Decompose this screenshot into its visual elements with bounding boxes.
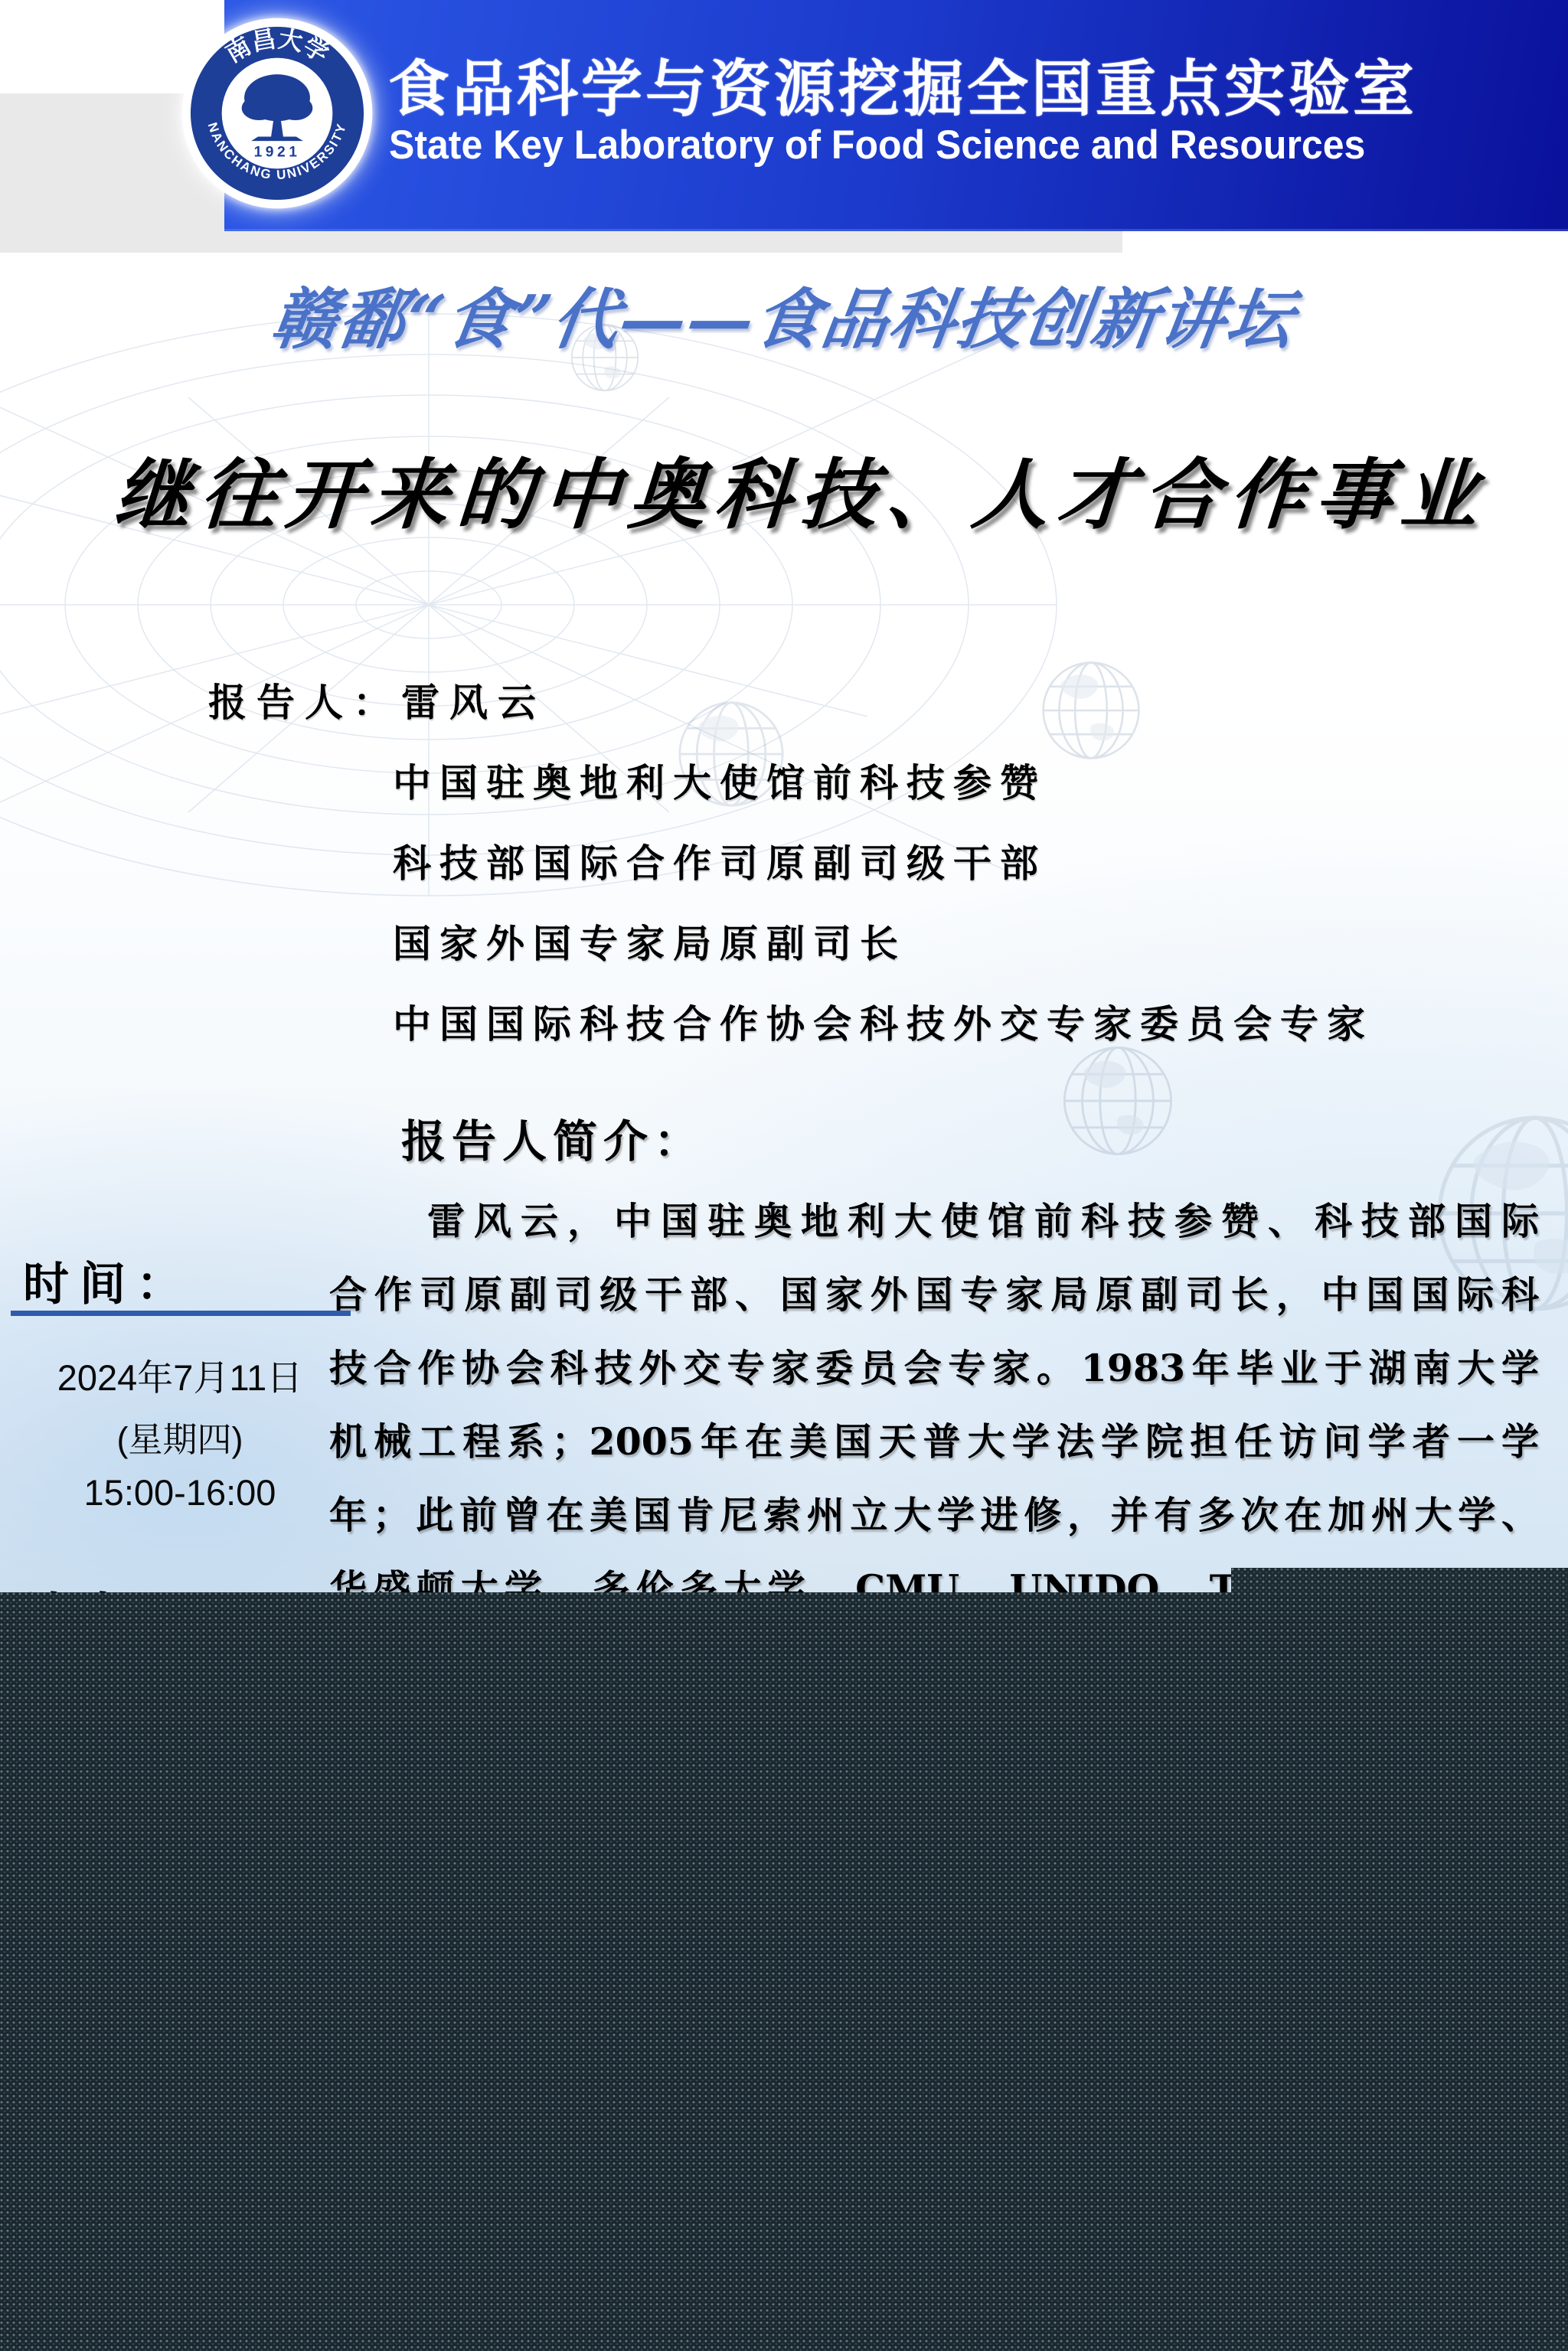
dark-band xyxy=(0,1592,1568,2351)
event-time-range: 15:00-16:00 xyxy=(0,1471,360,1513)
bio-text-line: 机械工程系；2005年在美国天普大学法学院担任访问学者一学 xyxy=(329,1419,1539,1464)
bio-heading: 报告人简介： xyxy=(401,1105,704,1170)
university-seal-logo: 1921 南昌大学 NANCHANG UNIVERSITY xyxy=(178,14,377,213)
bio-text-line: 技合作协会科技外交专家委员会专家。1983年毕业于湖南大学 xyxy=(329,1346,1539,1390)
bio-text-line: 年；此前曾在美国肯尼索州立大学进修，并有多次在加州大学、 xyxy=(329,1493,1539,1537)
speaker-title-line: 中国国际科技合作协会科技外交专家委员会专家 xyxy=(393,994,1374,1049)
speaker-title-line: 国家外国专家局原副司长 xyxy=(393,913,906,968)
speaker-title-line: 中国驻奥地利大使馆前科技参赞 xyxy=(393,753,1047,808)
event-weekday: (星期四) xyxy=(0,1412,360,1461)
bio-text-line: 合作司原副司级干部、国家外国专家局原副司长，中国国际科 xyxy=(329,1272,1539,1317)
time-heading-underline xyxy=(11,1311,351,1316)
bio-text-line: 雷风云，中国驻奥地利大使馆前科技参赞、科技部国际 xyxy=(329,1199,1539,1243)
seal-year: 1921 xyxy=(254,145,301,161)
lab-title-cn: 食品科学与资源挖掘全国重点实验室 xyxy=(388,40,1417,128)
forum-series-title: 赣鄱“食”代——食品科技创新讲坛 xyxy=(266,266,1301,361)
event-date: 2024年7月11日 xyxy=(0,1350,360,1401)
lab-title-en: State Key Laboratory of Food Science and… xyxy=(389,121,1365,168)
lecture-title: 继往开来的中奥科技、人才合作事业 xyxy=(111,433,1481,544)
time-heading: 时间： xyxy=(23,1248,193,1314)
speaker-name-line: 报告人：雷风云 xyxy=(208,672,546,727)
lecture-poster: 食品科学与资源挖掘全国重点实验室 State Key Laboratory of… xyxy=(0,0,1568,2351)
speaker-title-line: 科技部国际合作司原副司级干部 xyxy=(393,833,1047,888)
header-banner: 食品科学与资源挖掘全国重点实验室 State Key Laboratory of… xyxy=(224,0,1568,231)
